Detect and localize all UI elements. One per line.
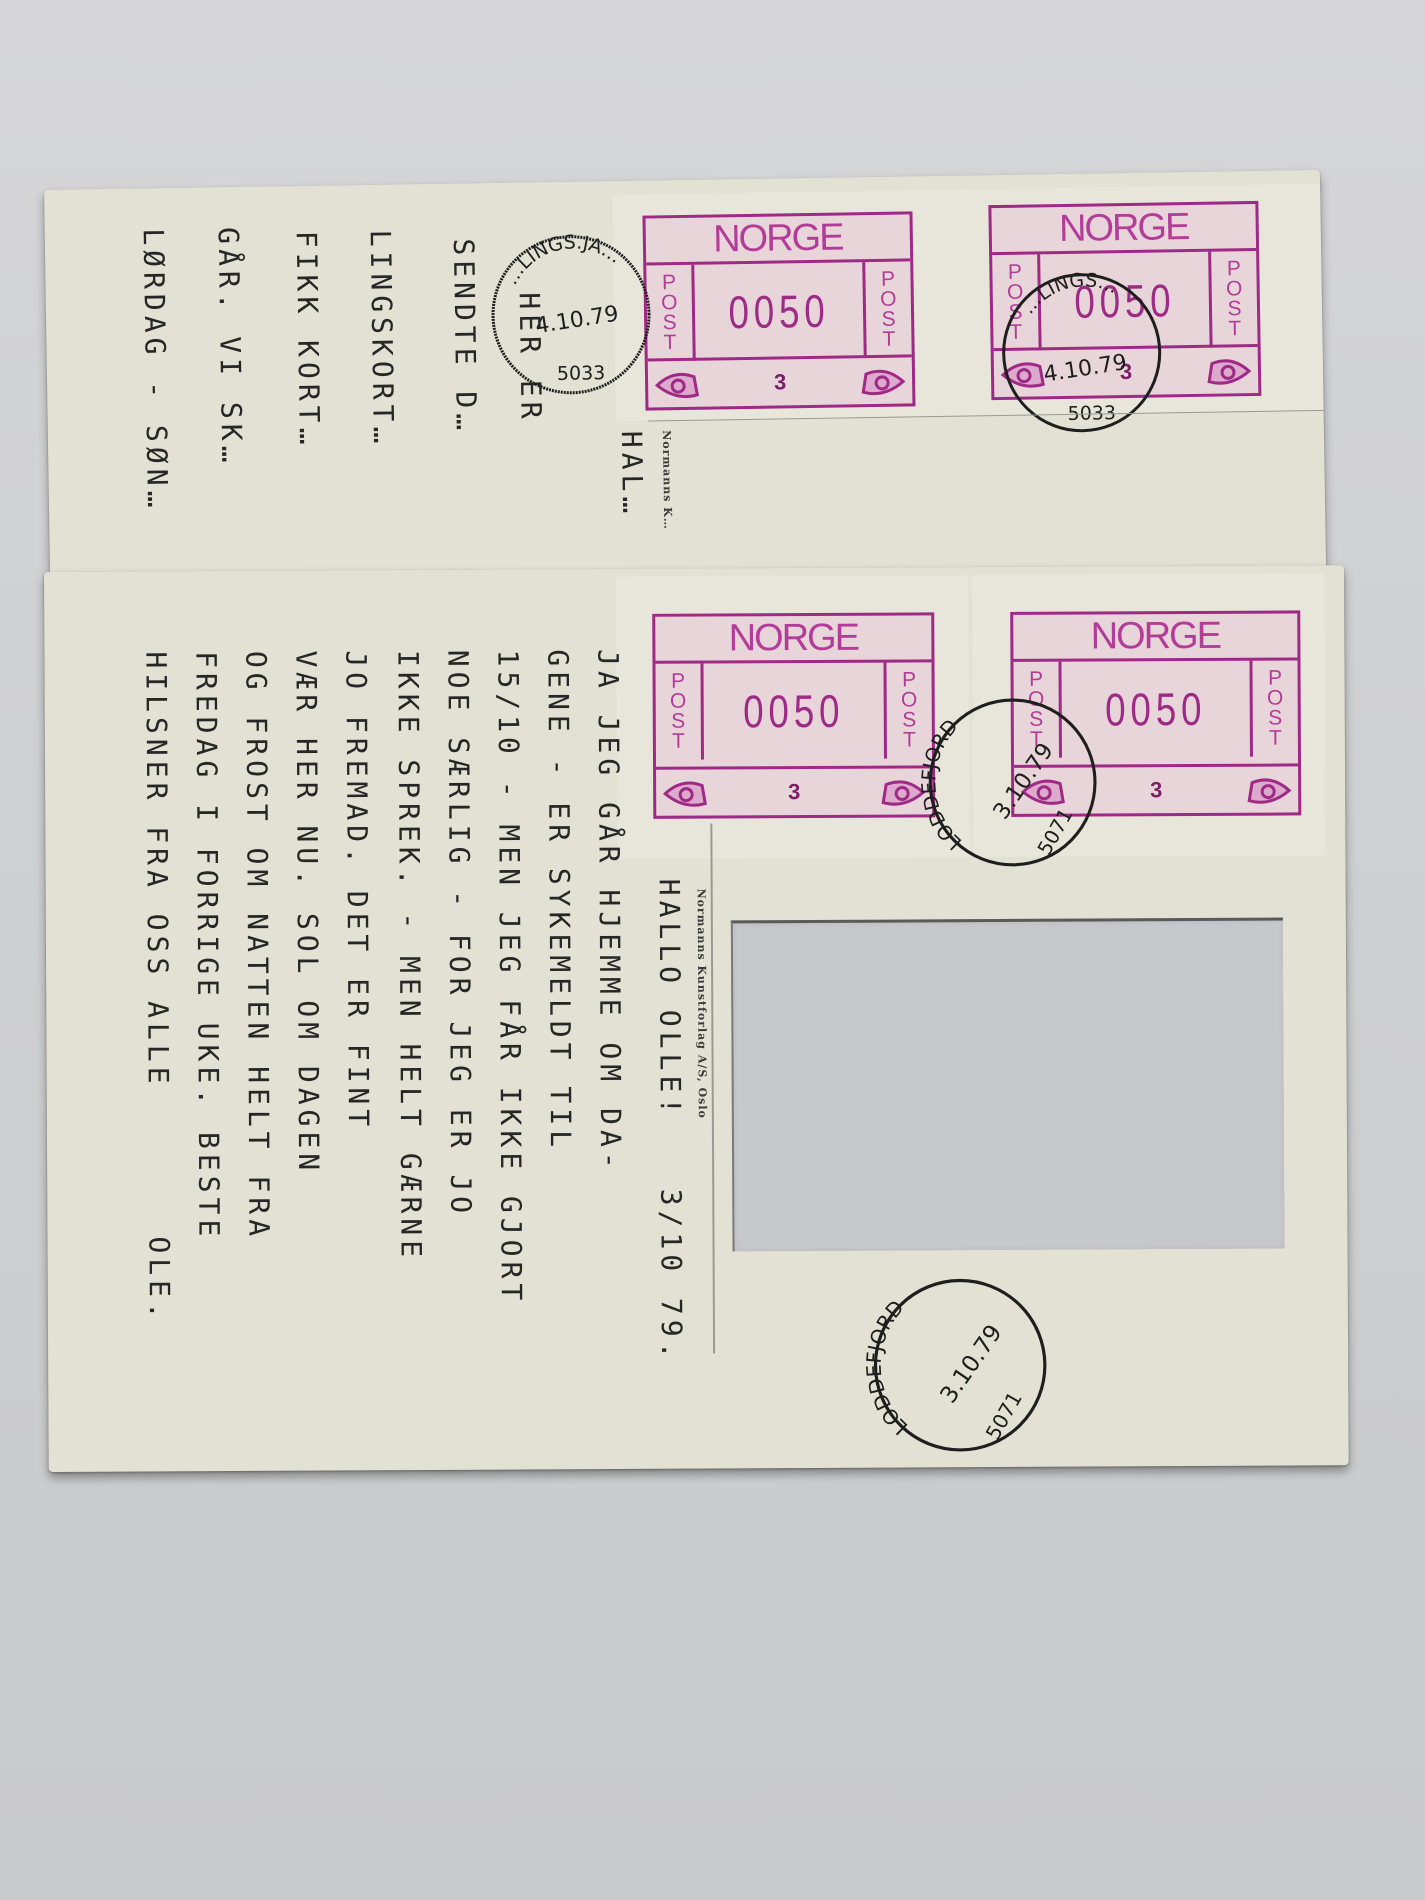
- handwriting-line: GENE - ER SYKEMELDT TIL: [541, 649, 577, 1152]
- postcard-top: NORGE POST 0050 POST 3 NORGE POST 0050 P…: [44, 170, 1326, 590]
- posthorn-icon: [662, 780, 708, 810]
- handwriting-line: FREDAG I FORRIGE UKE. BESTE: [189, 651, 225, 1241]
- postcard-bottom: NORGE POST 0050 POST 3 NORGE POST 0050 P…: [44, 565, 1349, 1472]
- svg-text:…LINGS.JA…: …LINGS.JA…: [499, 230, 625, 289]
- handwriting-line: LØRDAG - SØN…: [137, 228, 174, 513]
- postmark-date: 4.10.79: [1042, 350, 1129, 388]
- post-side-label: POST: [1208, 251, 1258, 348]
- posthorn-icon: [654, 371, 700, 402]
- card-divider: [710, 824, 715, 1354]
- handwriting-line: FIKK KORT…: [290, 231, 326, 450]
- handwriting-line: HAL…: [615, 431, 649, 519]
- posthorn-icon: [860, 367, 906, 398]
- postmark-place: …LINGS…: [1017, 269, 1122, 319]
- postmark-place: LODDEFJORD: [861, 1295, 912, 1440]
- country-name: NORGE: [991, 204, 1256, 255]
- postmark-date: 4.10.79: [534, 302, 621, 340]
- postage-value: 0050: [1080, 661, 1231, 758]
- country-name: NORGE: [646, 214, 911, 265]
- handwriting-line: OG FROST OM NATTEN HELT FRA: [239, 651, 275, 1241]
- postmark-date: 3.10.79: [935, 1320, 1008, 1408]
- postmark: …LINGS.JA… 4.10.79 5033: [485, 228, 658, 401]
- handwriting-line: IKKE SPREK. - MEN HELT GÆRNE: [391, 650, 427, 1262]
- handwriting-greeting: HALLO OLLE!: [653, 879, 687, 1120]
- country-name: NORGE: [655, 615, 931, 663]
- handwriting-line: HILSNER FRA OSS ALLE: [139, 651, 174, 1088]
- postage-value: 0050: [721, 663, 866, 760]
- handwriting-date: 3/10 79.: [654, 1189, 688, 1364]
- publisher-imprint: Normanns K…: [660, 430, 675, 530]
- post-side-label: POST: [862, 261, 912, 358]
- handwriting-line: LINGSKORT…: [364, 229, 400, 448]
- post-side-label: POST: [655, 664, 704, 760]
- handwriting-signature: OLE.: [142, 1236, 175, 1324]
- franking-label: NORGE POST 0050 POST 3: [642, 211, 915, 410]
- postmark-code: 5033: [557, 362, 606, 385]
- svg-text:LODDEFJORD: LODDEFJORD: [861, 1295, 912, 1440]
- posthorn-icon: [1246, 776, 1292, 806]
- handwriting-line: JA JEG GÅR HJEMME OM DA-: [591, 649, 627, 1174]
- postmark-code: 5071: [1033, 804, 1078, 859]
- handwriting-line: VÆR HER NU. SOL OM DAGEN: [289, 651, 325, 1176]
- postmark: LODDEFJORD 3.10.79 5071: [870, 1275, 1051, 1456]
- handwriting-line: NOE SÆRLIG - FOR JEG ER JO: [441, 650, 477, 1218]
- svg-text:…LINGS…: …LINGS…: [1017, 269, 1122, 319]
- postmark-code: 5071: [981, 1388, 1027, 1444]
- franking-label: NORGE POST 0050 POST 3: [652, 612, 935, 818]
- handwriting-line: 15/10 - MEN JEG FÅR IKKE GJORT: [491, 649, 527, 1305]
- publisher-imprint: Normanns Kunstforlag A/S, Oslo: [695, 889, 709, 1119]
- handwriting-line: HER ER: [513, 292, 548, 424]
- handwriting-line: GÅR. VI SK…: [212, 227, 249, 468]
- posthorn-icon: [1206, 357, 1252, 388]
- postmark-date: 3.10.79: [988, 738, 1059, 824]
- country-name: NORGE: [1013, 613, 1297, 661]
- postage-value: 0050: [711, 262, 847, 360]
- handwriting-line: SENDTE D…: [447, 238, 483, 435]
- postmark: LODDEFJORD 3.10.79 5071: [925, 694, 1101, 870]
- handwriting-line: JO FREMAD. DET ER FINT: [339, 650, 375, 1131]
- postmark-place: …LINGS.JA…: [499, 230, 625, 289]
- address-label: [731, 918, 1285, 1252]
- post-side-label: POST: [1249, 660, 1298, 756]
